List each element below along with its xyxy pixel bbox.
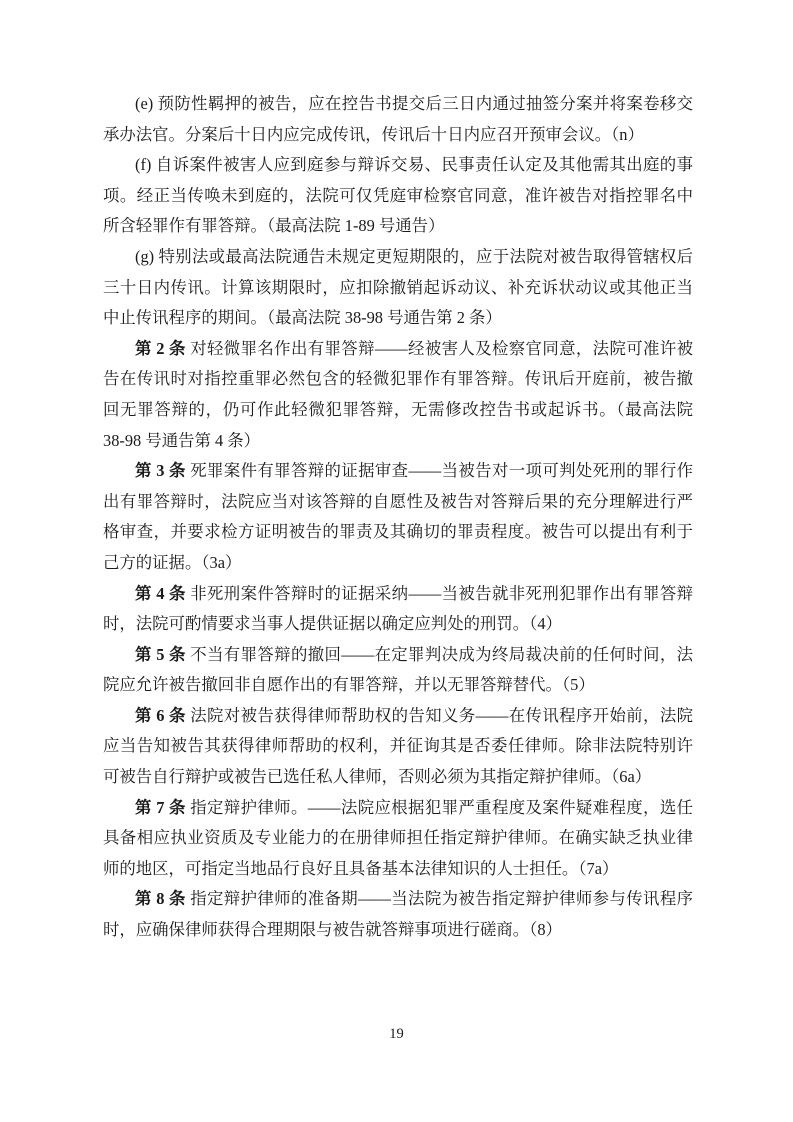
article-7: 第 7 条 指定辩护律师。——法院应根据犯罪严重程度及案件疑难程度，选任具备相应… [103,793,693,885]
paragraph-text: 法院对被告获得律师帮助权的告知义务——在传讯程序开始前，法院应当告知被告其获得律… [103,706,693,786]
article-8: 第 8 条 指定辩护律师的准备期——当法院为被告指定辩护律师参与传讯程序时，应确… [103,884,693,945]
article-2: 第 2 条 对轻微罪名作出有罪答辩——经被害人及检察官同意，法院可准许被告在传讯… [103,334,693,456]
article-number: 第 5 条 [135,645,186,664]
paragraph-text: 指定辩护律师。——法院应根据犯罪严重程度及案件疑难程度，选任具备相应执业资质及专… [103,798,693,878]
paragraph-text: (e) 预防性羁押的被告，应在控告书提交后三日内通过抽签分案并将案卷移交承办法官… [103,94,693,144]
paragraph-text: 指定辩护律师的准备期——当法院为被告指定辩护律师参与传讯程序时，应确保律师获得合… [103,889,693,939]
article-number: 第 6 条 [135,706,186,725]
paragraph-text: (f) 自诉案件被害人应到庭参与辩诉交易、民事责任认定及其他需其出庭的事项。经正… [103,155,693,235]
paragraph-text: (g) 特别法或最高法院通告未规定更短期限的，应于法院对被告取得管辖权后三十日内… [103,247,693,327]
paragraph-text: 死罪案件有罪答辩的证据审查——当被告对一项可判处死刑的罪行作出有罪答辩时，法院应… [103,461,693,572]
article-number: 第 3 条 [135,461,186,480]
article-5: 第 5 条 不当有罪答辩的撤回——在定罪判决成为终局裁决前的任何时间，法院应允许… [103,640,693,701]
paragraph-g: (g) 特别法或最高法院通告未规定更短期限的，应于法院对被告取得管辖权后三十日内… [103,242,693,334]
paragraph-f: (f) 自诉案件被害人应到庭参与辩诉交易、民事责任认定及其他需其出庭的事项。经正… [103,150,693,242]
page-number: 19 [0,1024,793,1044]
paragraph-text: 对轻微罪名作出有罪答辩——经被害人及检察官同意，法院可准许被告在传讯时对指控重罪… [103,339,693,450]
document-page: (e) 预防性羁押的被告，应在控告书提交后三日内通过抽签分案并将案卷移交承办法官… [0,0,793,1122]
document-body: (e) 预防性羁押的被告，应在控告书提交后三日内通过抽签分案并将案卷移交承办法官… [103,89,693,946]
article-number: 第 7 条 [135,798,186,817]
article-3: 第 3 条 死罪案件有罪答辩的证据审查——当被告对一项可判处死刑的罪行作出有罪答… [103,456,693,578]
article-6: 第 6 条 法院对被告获得律师帮助权的告知义务——在传讯程序开始前，法院应当告知… [103,701,693,793]
article-4: 第 4 条 非死刑案件答辩时的证据采纳——当被告就非死刑犯罪作出有罪答辩时，法院… [103,579,693,640]
article-number: 第 2 条 [135,339,186,358]
paragraph-text: 不当有罪答辩的撤回——在定罪判决成为终局裁决前的任何时间，法院应允许被告撤回非自… [103,645,693,695]
paragraph-text: 非死刑案件答辩时的证据采纳——当被告就非死刑犯罪作出有罪答辩时，法院可酌情要求当… [103,584,693,634]
paragraph-e: (e) 预防性羁押的被告，应在控告书提交后三日内通过抽签分案并将案卷移交承办法官… [103,89,693,150]
article-number: 第 8 条 [135,889,186,908]
article-number: 第 4 条 [135,584,186,603]
